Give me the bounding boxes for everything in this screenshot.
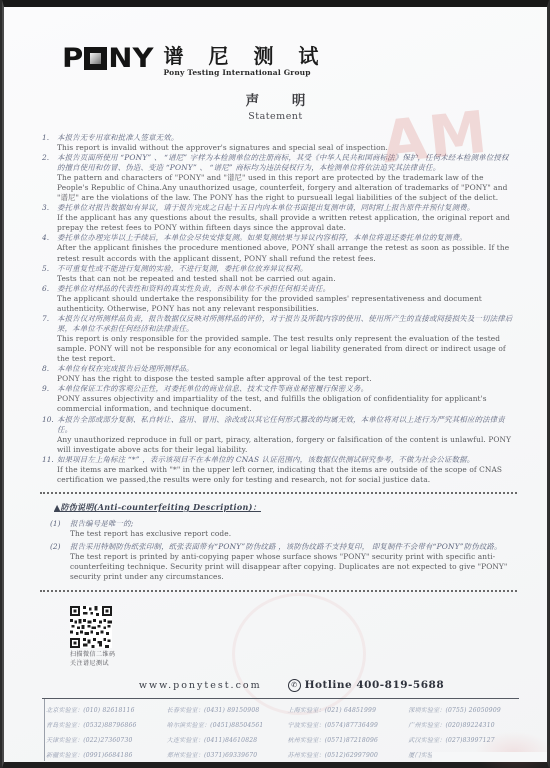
statement-text-english: Any unauthorized reproduce in full or pa… (57, 435, 515, 455)
statement-number: 1. (42, 133, 57, 153)
statement-text-english: This report is only responsible for the … (57, 334, 515, 364)
anti-item-text-chinese: 报告采用特制防伪纸张印制，纸张表面带有“PONY”防伪纹路 ，该防伪纹路不支持复… (70, 542, 515, 552)
statement-body: 本单位有权在完成报告后处理所测样品。 PONY has the right to… (57, 364, 515, 384)
lab-phone-entry: 大连实验室：(0411)84610828 (167, 733, 278, 748)
statement-list: 1. 本报告无专用章和批准人签章无效。 This report is inval… (42, 133, 515, 485)
anti-counterfeiting-title: ▲防伪说明(Anti-counterfeiting Description)： (54, 502, 547, 513)
red-seal-watermark (232, 593, 366, 715)
statement-number: 4. (42, 233, 57, 263)
anti-item-number: (1) (50, 519, 70, 539)
statement-text-chinese: 委托单位办理完毕以上手续后，本单位会尽快安排复测。如果复测结果与异议内容相符，本… (57, 233, 515, 243)
statement-text-english: If the applicant has any questions about… (57, 213, 515, 233)
statement-item: 5. 不可重复性或不能进行复测的实验，不进行复测，委托单位放弃异议权利。 Tes… (42, 264, 515, 284)
anti-counterfeiting-item: (1) 报告编号是唯一的; The test report has exclus… (50, 519, 515, 539)
page-title-chinese: 声 明 (4, 93, 547, 110)
wechat-qr-block: 扫描微信二维码 关注谱尼测试 (70, 606, 130, 668)
lab-phone-entry: 北京实验室：(010) 82618116 (46, 703, 157, 718)
statement-body: 委托单位办理完毕以上手续后，本单位会尽快安排复测。如果复测结果与异议内容相符，本… (57, 233, 515, 263)
anti-counterfeiting-item: (2) 报告采用特制防伪纸张印制，纸张表面带有“PONY”防伪纹路 ，该防伪纹路… (50, 542, 515, 582)
statement-text-chinese: 本报告仅对所测样品负责，报告数据仅反映对所测样品的评价，对于报告及所载内容的使用… (57, 314, 515, 334)
title-block: 声 明 Statement (4, 93, 547, 123)
statement-text-english: PONY assures objectivity and impartialit… (57, 394, 515, 414)
qr-caption-line2: 关注谱尼测试 (70, 660, 130, 669)
logo-letter-n: N (108, 46, 132, 70)
statement-number: 3. (42, 203, 57, 233)
statement-body: 本报告页面所使用 “PONY” 、 “谱尼” 字样为本检测单位的注册商标，其受《… (57, 153, 515, 203)
scanned-statement-page: { "header": { "brand_letters": ["P", "N"… (0, 0, 550, 768)
statement-text-english: This report is invalid without the appro… (57, 143, 515, 153)
page-title-english: Statement (4, 111, 547, 123)
brand-english-name: Pony Testing International Group (164, 68, 328, 77)
statement-body: 本报告全部或部分复制、私自转让、盗用、冒用、涂改或以其它任何形式篡改的均属无效，… (57, 415, 515, 455)
statement-text-chinese: 本报告全部或部分复制、私自转让、盗用、冒用、涂改或以其它任何形式篡改的均属无效，… (57, 415, 515, 435)
statement-text-chinese: 本单位有权在完成报告后处理所测样品。 (57, 364, 515, 374)
hotline-number: 400-819-5688 (356, 679, 444, 691)
logo-letter-o-icon (84, 47, 107, 70)
dotted-divider-bottom (40, 590, 517, 592)
scan-artifact-line (44, 699, 45, 761)
logo-letter-p: P (62, 46, 83, 70)
header: P N Y 谱 尼 测 试 Pony Testing International… (62, 45, 547, 77)
statement-item: 8. 本单位有权在完成报告后处理所测样品。 PONY has the right… (42, 364, 515, 384)
anti-item-body: 报告编号是唯一的; The test report has exclusive … (70, 519, 515, 539)
statement-item: 7. 本报告仅对所测样品负责，报告数据仅反映对所测样品的评价，对于报告及所载内容… (42, 314, 515, 364)
qr-code-icon (70, 606, 112, 648)
lab-phone-entry: 青岛实验室：(0532)88796866 (46, 718, 157, 733)
contact-row: www.ponytest.com ✆ Hotline 400-819-5688 (20, 679, 550, 692)
qr-caption-line1: 扫描微信二维码 (70, 651, 130, 660)
anti-counterfeiting-list: (1) 报告编号是唯一的; The test report has exclus… (50, 519, 515, 582)
logo-letter-y: Y (133, 46, 154, 70)
statement-text-english: The pattern and characters of "PONY" and… (57, 173, 515, 203)
statement-text-chinese: 本报告页面所使用 “PONY” 、 “谱尼” 字样为本检测单位的注册商标，其受《… (57, 153, 515, 173)
statement-item: 2. 本报告页面所使用 “PONY” 、 “谱尼” 字样为本检测单位的注册商标，… (42, 153, 515, 203)
qr-caption: 扫描微信二维码 关注谱尼测试 (70, 651, 130, 668)
lab-phone-entry: 天津实验室：(022)27360730 (46, 733, 157, 748)
statement-text-chinese: 委托单位对报告数据如有异议，请于报告完成之日起十五日内向本单位书面提出复测申请，… (57, 203, 515, 213)
hotline-text: Hotline 400-819-5688 (305, 679, 445, 691)
statement-text-english: PONY has the right to dispose the tested… (57, 374, 515, 384)
statement-body: 本报告无专用章和批准人签章无效。 This report is invalid … (57, 133, 515, 153)
statement-text-chinese: 本报告无专用章和批准人签章无效。 (57, 133, 515, 143)
statement-item: 1. 本报告无专用章和批准人签章无效。 This report is inval… (42, 133, 515, 153)
dotted-divider-top (40, 492, 517, 494)
statement-item: 10. 本报告全部或部分复制、私自转让、盗用、冒用、涂改或以其它任何形式篡改的均… (42, 415, 515, 455)
statement-number: 7. (42, 314, 57, 364)
brand-chinese-name: 谱 尼 测 试 (164, 45, 328, 67)
brand-names: 谱 尼 测 试 Pony Testing International Group (164, 45, 328, 77)
statement-item: 11. 如果项目左上角标注 “*” ，表示该项目不在本单位的 CNAS 认证范围… (42, 455, 515, 485)
lab-phone-entry: 新疆实验室：(0991)6684186 (46, 748, 157, 763)
anti-item-text-english: The test report is printed by anti-copyi… (70, 552, 515, 582)
statement-text-chinese: 不可重复性或不能进行复测的实验，不进行复测，委托单位放弃异议权利。 (57, 264, 515, 274)
statement-number: 2. (42, 153, 57, 203)
statement-number: 6. (42, 284, 57, 314)
website-url: www.ponytest.com (139, 680, 262, 691)
phone-icon: ✆ (288, 679, 301, 692)
lab-phone-entry: 杭州实验室：(0571)87218096 (288, 733, 399, 748)
pony-logo: P N Y (62, 45, 154, 71)
hotline-label: Hotline (305, 679, 353, 691)
hotline: ✆ Hotline 400-819-5688 (288, 679, 445, 692)
lab-phone-entry: 广州实验室：(020)89224310 (408, 718, 519, 733)
statement-number: 11. (42, 455, 57, 485)
statement-text-chinese: 本单位保证工作的客观公正性，对委托单位的商业信息、技术文件等商业秘密履行保密义务… (57, 384, 515, 394)
statement-text-chinese: 委托单位对样品的代表性和资料的真实性负责，否则本单位不承担任何相关责任。 (57, 284, 515, 294)
lab-phone-entry: 上海实验室：(021) 64851999 (288, 703, 399, 718)
statement-number: 10. (42, 415, 57, 455)
logo-o-gradient (90, 53, 101, 64)
statement-item: 3. 委托单位对报告数据如有异议，请于报告完成之日起十五日内向本单位书面提出复测… (42, 203, 515, 233)
statement-body: 委托单位对报告数据如有异议，请于报告完成之日起十五日内向本单位书面提出复测申请，… (57, 203, 515, 233)
anti-item-text-english: The test report has exclusive report cod… (70, 529, 515, 539)
anti-item-number: (2) (50, 542, 70, 582)
statement-body: 本报告仅对所测样品负责，报告数据仅反映对所测样品的评价，对于报告及所载内容的使用… (57, 314, 515, 364)
lab-phone-entry: 哈尔滨实验室：(0451)88504561 (167, 718, 278, 733)
statement-text-english: If the items are marked with "*" in the … (57, 465, 515, 485)
statement-body: 本单位保证工作的客观公正性，对委托单位的商业信息、技术文件等商业秘密履行保密义务… (57, 384, 515, 414)
lab-phone-entry: 长春实验室：(0431) 89150908 (167, 703, 278, 718)
statement-item: 9. 本单位保证工作的客观公正性，对委托单位的商业信息、技术文件等商业秘密履行保… (42, 384, 515, 414)
statement-text-english: Tests that can not be repeated and teste… (57, 274, 515, 284)
statement-body: 不可重复性或不能进行复测的实验，不进行复测，委托单位放弃异议权利。 Tests … (57, 264, 515, 284)
statement-body: 如果项目左上角标注 “*” ，表示该项目不在本单位的 CNAS 认证范围内，该数… (57, 455, 515, 485)
statement-body: 委托单位对样品的代表性和资料的真实性负责，否则本单位不承担任何相关责任。 The… (57, 284, 515, 314)
statement-number: 8. (42, 364, 57, 384)
statement-text-english: After the applicant finishes the procedu… (57, 243, 515, 263)
anti-item-text-chinese: 报告编号是唯一的; (70, 519, 515, 529)
lab-phone-entry: 苏州实验室：(0512)62997900 (288, 748, 399, 763)
document-page: AM P N Y 谱 尼 测 试 Pony Testing Internatio… (2, 0, 549, 768)
anti-item-body: 报告采用特制防伪纸张印制，纸张表面带有“PONY”防伪纹路 ，该防伪纹路不支持复… (70, 542, 515, 582)
statement-number: 5. (42, 264, 57, 284)
lab-phone-entry: 深圳实验室：(0755) 26050909 (408, 703, 519, 718)
statement-text-chinese: 如果项目左上角标注 “*” ，表示该项目不在本单位的 CNAS 认证范围内，该数… (57, 455, 515, 465)
statement-number: 9. (42, 384, 57, 414)
statement-item: 4. 委托单位办理完毕以上手续后，本单位会尽快安排复测。如果复测结果与异议内容相… (42, 233, 515, 263)
lab-phone-entry: 武汉实验室：(027)83997127 (408, 733, 519, 748)
lab-phone-entry: 郑州实验室：(0371)69339670 (167, 748, 278, 763)
statement-item: 6. 委托单位对样品的代表性和资料的真实性负责，否则本单位不承担任何相关责任。 … (42, 284, 515, 314)
lab-phone-entry: 宁波实验室：(0574)87736499 (288, 718, 399, 733)
scan-corner-patch (432, 752, 547, 762)
statement-text-english: The applicant should undertake the respo… (57, 294, 515, 314)
